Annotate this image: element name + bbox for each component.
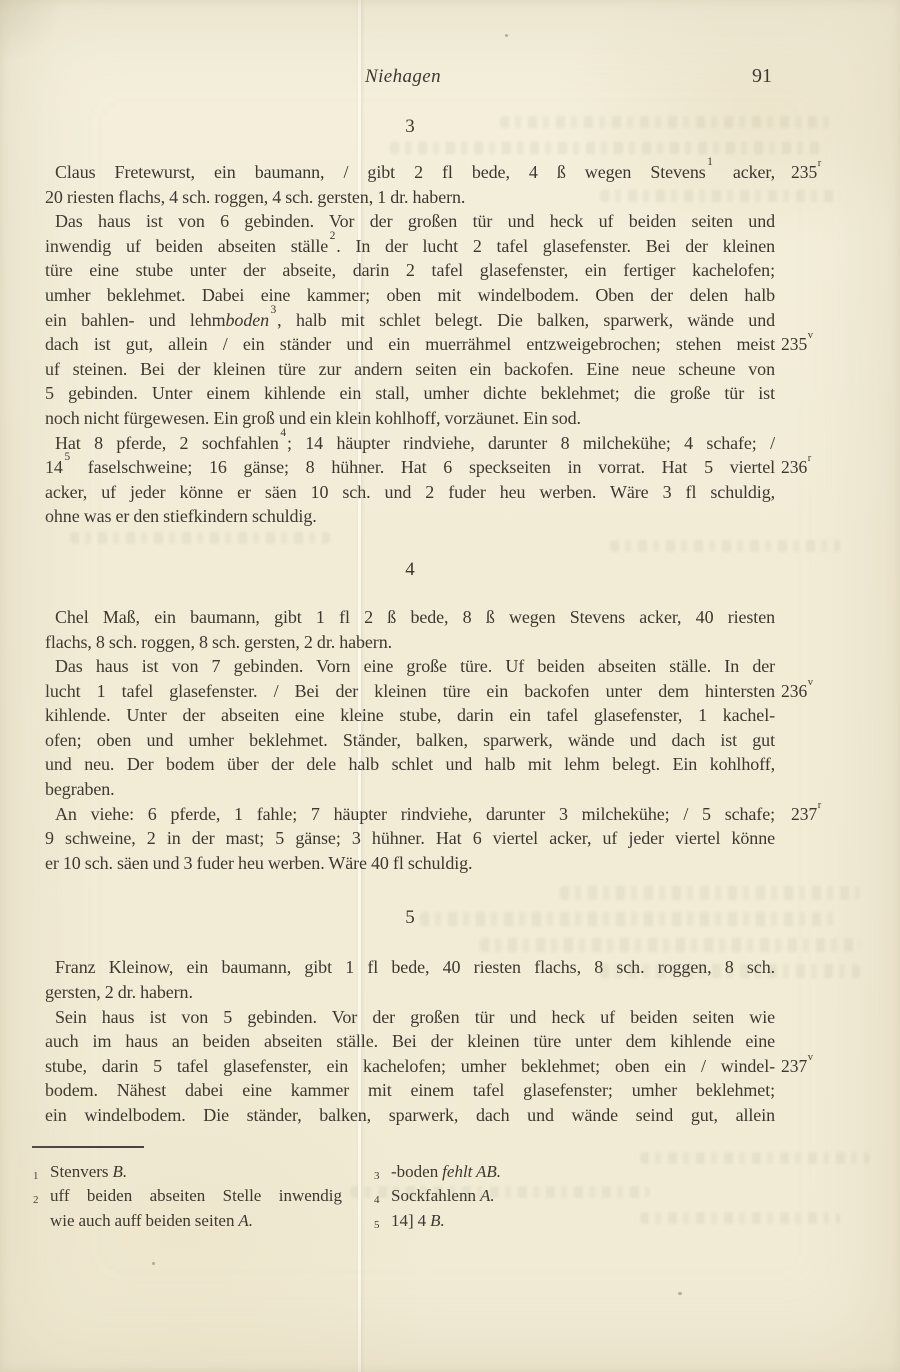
text-line: 14] 4 B. [391,1209,713,1234]
text-line: kihlende. Unter der abseiten eine kleine… [45,703,775,728]
paragraph: Sein haus ist von 5 gebinden. Vor der gr… [45,1005,775,1128]
text-segment: türe eine stube unter der abseite, darin… [45,260,775,280]
book-page-scan: Niehagen 91 3Claus Fretewurst, ein bauma… [0,0,900,1372]
section-number: 4 [45,557,775,583]
folio-number: 235 [791,162,817,182]
text-line: Claus Fretewurst, ein baumann, / gibt 2 … [45,160,775,185]
text-segment: , halb mit schlet belegt. Die balken, sp… [277,310,775,330]
paragraph: Hat 8 pferde, 2 sochfahlen4; 14 häupter … [45,431,775,529]
text-line: wie auch auff beiden seiten A. [50,1209,342,1234]
section-number: 5 [45,905,775,931]
footnotes: 1Stenvers B.2uff beiden abseiten Stelle … [32,1146,775,1234]
text-segment: umher beklehmet. Dabei eine kammer; oben… [45,285,775,305]
text-segment: begraben. [45,779,115,799]
footnote-reference: 4 [280,427,286,439]
text-line: inwendig uf beiden abseiten ställe2. In … [45,234,775,259]
text-segment: auch im haus an beiden abseiten ställe. … [45,1031,775,1051]
folio-margin-note: 236v [781,679,814,704]
footnote: 514] 4 B. [373,1209,713,1234]
running-head: Niehagen 91 [45,66,775,92]
text-segment: ein windelbodem. Die ständer, balken, sp… [45,1105,775,1125]
footnote: 1Stenvers B. [32,1160,342,1185]
text-segment: ein bahlen- und lehm [45,310,226,330]
text-line: flachs, 8 sch. roggen, 8 sch. gersten, 2… [45,630,775,655]
text-segment: 14 [45,457,63,477]
paragraph: An viehe: 6 pferde, 1 fahle; 7 häupter r… [45,802,775,876]
text-line: Franz Kleinow, ein baumann, gibt 1 fl be… [45,955,775,980]
footnote-column-right: 3-boden fehlt AB.4Sockfahlenn A.514] 4 B… [373,1160,713,1234]
text-segment: 5 gebinden. Unter einem kihlende ein sta… [45,383,775,403]
text-segment: 14] 4 [391,1211,430,1230]
page-number: 91 [752,65,772,88]
footnote-column-left: 1Stenvers B.2uff beiden abseiten Stelle … [32,1160,342,1234]
folio-margin-note: 235r [781,160,822,185]
footnote-rule [32,1146,144,1148]
text-segment: Das haus ist von 7 gebinden. Vorn eine g… [55,656,775,676]
footnote: 4Sockfahlenn A. [373,1184,713,1209]
paragraph: Chel Maß, ein baumann, gibt 1 fl 2 ß bed… [45,605,775,654]
folio-number: 237 [791,804,817,824]
text-segment: faselschweine; 16 gänse; 8 hühner. Hat 6… [71,457,775,477]
paper-speck [678,1292,682,1295]
text-line: 5 gebinden. Unter einem kihlende ein sta… [45,381,775,406]
text-line: gersten, 2 dr. habern. [45,980,775,1005]
text-segment: inwendig uf beiden abseiten ställe [45,236,328,256]
text-segment: Stenvers [50,1162,113,1181]
text-line: Sockfahlenn A. [391,1184,713,1209]
footnote-columns: 1Stenvers B.2uff beiden abseiten Stelle … [32,1160,775,1234]
text-line: 20 riesten flachs, 4 sch. roggen, 4 sch.… [45,185,775,210]
folio-margin-note: 237v [781,1054,814,1079]
text-line: ofen; oben und umher beklehmet. Ständer,… [45,728,775,753]
text-line: ein windelbodem. Die ständer, balken, sp… [45,1103,775,1128]
paper-speck [152,1262,155,1265]
text-line: Sein haus ist von 5 gebinden. Vor der gr… [45,1005,775,1030]
folio-number: 235 [781,334,807,354]
text-line: stube, darin 5 tafel glasefenster, ein k… [45,1054,775,1079]
running-head-title: Niehagen [365,66,441,88]
folio-margin-note: 236r [781,455,812,480]
text-line: lucht 1 tafel glasefenster. / Bei der kl… [45,679,775,704]
text-line: ein bahlen- und lehmboden3, halb mit sch… [45,308,775,333]
text-segment: ; 14 häupter rindviehe, darunter 8 milch… [287,433,775,453]
text-segment: er 10 sch. säen und 3 fuder heu werben. … [45,853,472,873]
text-block: Niehagen 91 3Claus Fretewurst, ein bauma… [45,66,775,1233]
text-line: ohne was er den stiefkindern schuldig. [45,504,775,529]
text-segment: stube, darin 5 tafel glasefenster, ein k… [45,1056,775,1076]
text-line: 145 faselschweine; 16 gänse; 8 hühner. H… [45,455,775,480]
text-line: An viehe: 6 pferde, 1 fahle; 7 häupter r… [45,802,775,827]
text-segment: acker, uf jeder könne er säen 10 sch. un… [45,482,775,502]
section-number: 3 [45,114,775,140]
text-segment: Sockfahlenn [391,1186,480,1205]
text-segment: Das haus ist von 6 gebinden. Vor der gro… [55,211,775,231]
folio-side: v [808,330,813,341]
text-segment: B. [430,1211,445,1230]
paragraph: Das haus ist von 7 gebinden. Vorn eine g… [45,654,775,802]
footnote-reference: 3 [271,304,277,316]
paragraph: Claus Fretewurst, ein baumann, / gibt 2 … [45,160,775,209]
text-segment: -boden [391,1162,442,1181]
folio-number: 236 [781,681,807,701]
folio-side: r [818,158,822,169]
text-line: noch nicht fürgewesen. Ein groß und ein … [45,406,775,431]
text-line: 9 schweine, 2 in der mast; 5 gänse; 3 hü… [45,826,775,851]
text-line: begraben. [45,777,775,802]
text-segment: und neu. Der bodem über der dele halb sc… [45,754,775,774]
footnote-reference: 5 [64,451,70,463]
folio-side: v [808,1052,813,1063]
text-line: acker, uf jeder könne er säen 10 sch. un… [45,480,775,505]
text-line: uf steinen. Bei der kleinen türe zur and… [45,357,775,382]
text-segment: noch nicht fürgewesen. Ein groß und ein … [45,408,581,428]
text-segment: boden [226,310,270,330]
footnote-reference: 1 [707,156,713,168]
paragraph: Das haus ist von 6 gebinden. Vor der gro… [45,209,775,430]
text-line: auch im haus an beiden abseiten ställe. … [45,1029,775,1054]
text-line: Das haus ist von 6 gebinden. Vor der gro… [45,209,775,234]
text-segment: lucht 1 tafel glasefenster. / Bei der kl… [45,681,775,701]
text-line: uff beiden abseiten Stelle inwendig [50,1184,342,1209]
text-line: Chel Maß, ein baumann, gibt 1 fl 2 ß bed… [45,605,775,630]
text-segment: bodem. Nähest dabei eine kammer mit eine… [45,1080,775,1100]
folio-number: 237 [781,1056,807,1076]
text-segment: A. [238,1211,253,1230]
text-line: Das haus ist von 7 gebinden. Vorn eine g… [45,654,775,679]
text-line: und neu. Der bodem über der dele halb sc… [45,752,775,777]
text-segment: An viehe: 6 pferde, 1 fahle; 7 häupter r… [55,804,775,824]
text-segment: Hat 8 pferde, 2 sochfahlen [55,433,279,453]
text-segment: kihlende. Unter der abseiten eine kleine… [45,705,775,725]
text-line: Stenvers B. [50,1160,342,1185]
text-segment: gersten, 2 dr. habern. [45,982,193,1002]
footnote: 2uff beiden abseiten Stelle inwendigwie … [32,1184,342,1233]
text-segment: 20 riesten flachs, 4 sch. roggen, 4 sch.… [45,187,465,207]
text-segment: Franz Kleinow, ein baumann, gibt 1 fl be… [55,957,775,977]
footnote-marker: 5 [374,1213,380,1238]
folio-side: v [808,677,813,688]
text-segment: A. [480,1186,495,1205]
text-segment: acker, [714,162,775,182]
text-segment: Chel Maß, ein baumann, gibt 1 fl 2 ß bed… [55,607,775,627]
text-segment: Claus Fretewurst, ein baumann, / gibt 2 … [55,162,706,182]
text-line: bodem. Nähest dabei eine kammer mit eine… [45,1078,775,1103]
sections-container: 3Claus Fretewurst, ein baumann, / gibt 2… [45,114,775,1128]
text-line: -boden fehlt AB. [391,1160,713,1185]
folio-side: r [818,800,822,811]
text-segment: flachs, 8 sch. roggen, 8 sch. gersten, 2… [45,632,392,652]
text-segment: ofen; oben und umher beklehmet. Ständer,… [45,730,775,750]
footnote-marker: 2 [33,1188,39,1213]
text-segment: . In der lucht 2 tafel glasefenster. Bei… [336,236,775,256]
paper-speck [505,34,508,37]
text-line: türe eine stube unter der abseite, darin… [45,258,775,283]
paragraph: Franz Kleinow, ein baumann, gibt 1 fl be… [45,955,775,1004]
text-segment: uf steinen. Bei der kleinen türe zur and… [45,359,775,379]
text-segment: wie auch auff beiden seiten [50,1211,238,1230]
text-segment: Sein haus ist von 5 gebinden. Vor der gr… [55,1007,775,1027]
folio-margin-note: 237r [781,802,822,827]
text-segment: uff beiden abseiten Stelle inwendig [50,1186,342,1205]
folio-side: r [808,453,812,464]
text-segment: 9 schweine, 2 in der mast; 5 gänse; 3 hü… [45,828,775,848]
text-line: dach ist gut, allein / ein ständer und e… [45,332,775,357]
folio-margin-note: 235v [781,332,814,357]
text-segment: dach ist gut, allein / ein ständer und e… [45,334,775,354]
text-line: Hat 8 pferde, 2 sochfahlen4; 14 häupter … [45,431,775,456]
text-segment: B. [113,1162,128,1181]
text-segment: ohne was er den stiefkindern schuldig. [45,506,317,526]
footnote-reference: 2 [330,230,336,242]
footnote: 3-boden fehlt AB. [373,1160,713,1185]
text-line: umher beklehmet. Dabei eine kammer; oben… [45,283,775,308]
folio-number: 236 [781,457,807,477]
text-line: er 10 sch. säen und 3 fuder heu werben. … [45,851,775,876]
text-segment: fehlt AB. [442,1162,501,1181]
